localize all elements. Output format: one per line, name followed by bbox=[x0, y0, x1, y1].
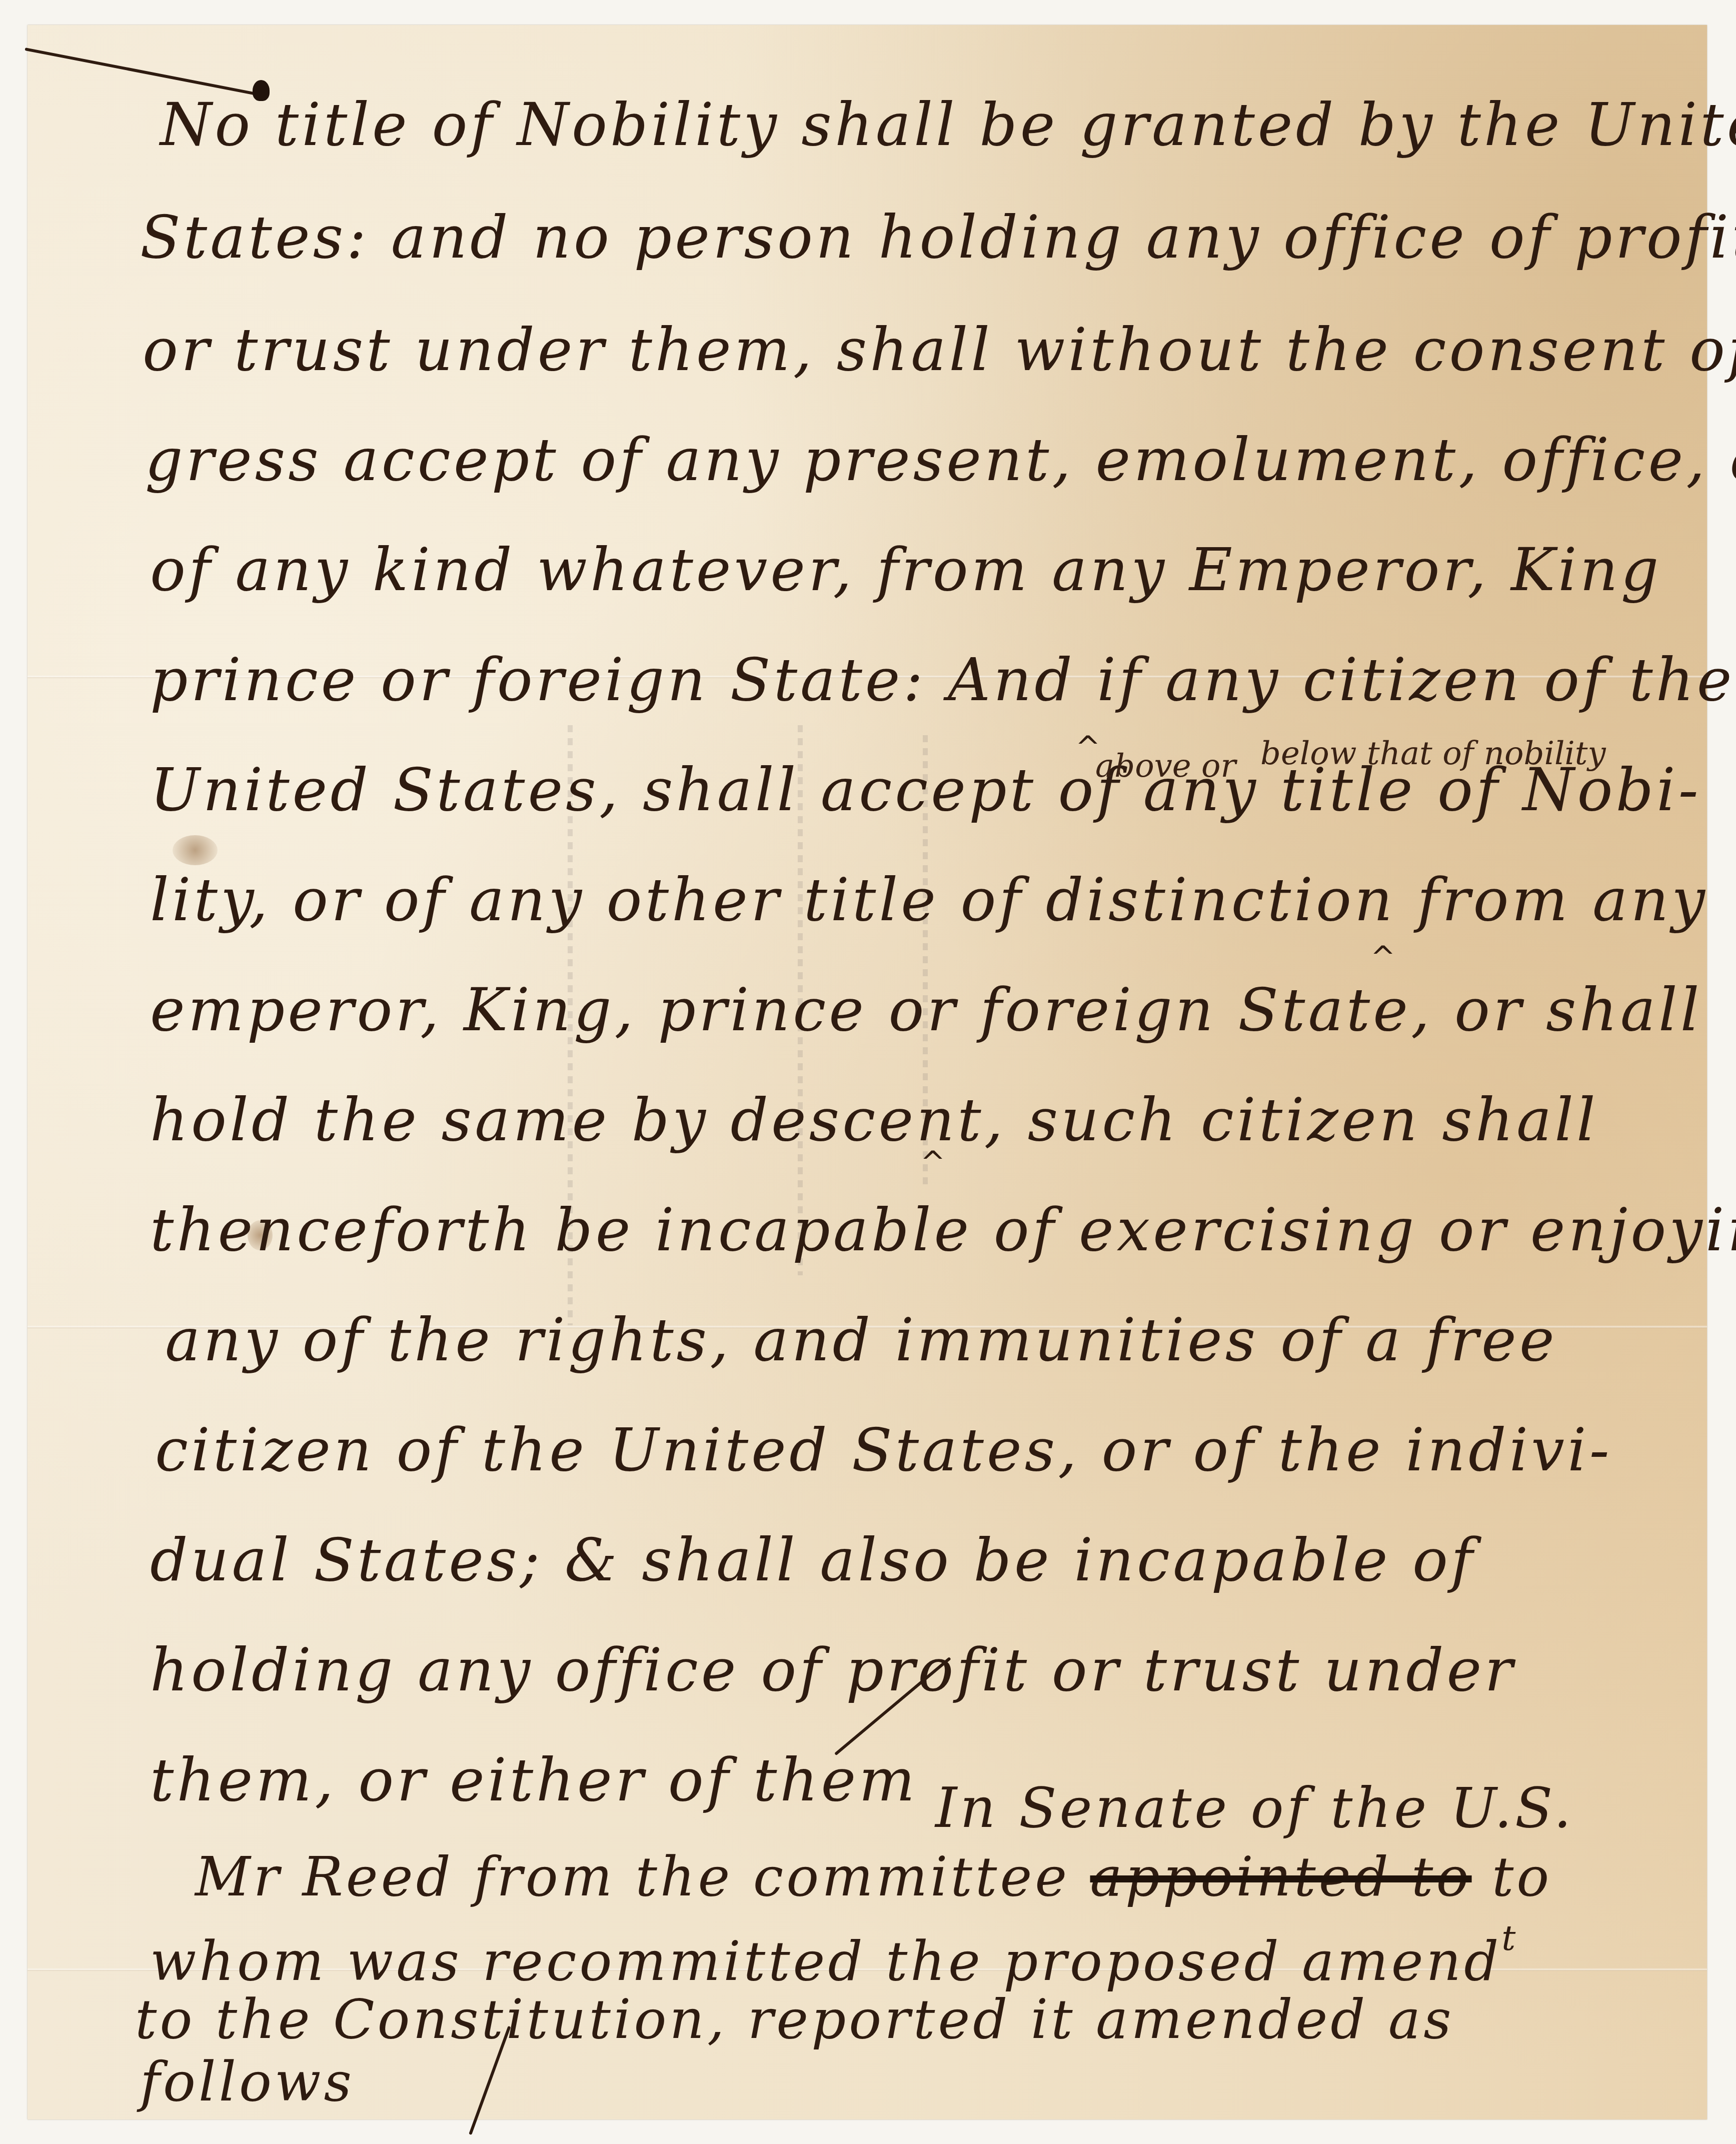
body-line: lity, or of any other title of distincti… bbox=[150, 870, 1708, 929]
body-line: gress accept of any present, emolument, … bbox=[145, 430, 1736, 489]
report-text: Mr Reed from the committee bbox=[195, 1846, 1070, 1908]
insertion-above-or: above or bbox=[1095, 748, 1236, 785]
report-line: Mr Reed from the committee appointed to … bbox=[195, 1850, 1552, 1904]
body-line: thenceforth be incapable of exercising o… bbox=[150, 1200, 1736, 1259]
body-line: No title of Nobility shall be granted by… bbox=[160, 95, 1736, 154]
report-line: follows bbox=[140, 2055, 355, 2109]
body-line: or trust under them, shall without the c… bbox=[143, 320, 1736, 379]
body-line: them, or either of them bbox=[150, 1750, 918, 1809]
body-line: holding any office of profit or trust un… bbox=[150, 1640, 1516, 1699]
insertion-below-that-of-nobility: below that of nobility bbox=[1260, 735, 1606, 772]
body-line: dual States; & shall also be incapable o… bbox=[150, 1530, 1476, 1589]
body-line: States: and no person holding any office… bbox=[140, 208, 1736, 267]
superscript-text: t bbox=[1501, 1917, 1518, 1958]
body-line: prince or foreign State: And if any citi… bbox=[150, 650, 1735, 709]
body-line: emperor, King, prince or foreign State, … bbox=[150, 980, 1702, 1039]
pointer-arrow-icon bbox=[25, 48, 256, 96]
report-text: to bbox=[1492, 1846, 1552, 1908]
body-line: any of the rights, and immunities of a f… bbox=[165, 1310, 1557, 1369]
insertion-caret: ^ bbox=[1370, 940, 1395, 975]
report-line: whom was recommitted the proposed amendt bbox=[150, 1920, 1518, 1989]
report-line: to the Constitution, reported it amended… bbox=[135, 1993, 1454, 2047]
senate-heading: In Senate of the U.S. bbox=[935, 1780, 1574, 1835]
struck-text: appointed to bbox=[1090, 1846, 1472, 1908]
report-text: whom was recommitted the proposed amend bbox=[150, 1930, 1501, 1993]
body-line: citizen of the United States, or of the … bbox=[155, 1420, 1612, 1479]
body-line: of any kind whatever, from any Emperor, … bbox=[150, 540, 1661, 599]
insertion-caret: ^ bbox=[920, 1145, 945, 1180]
ink-stain bbox=[173, 835, 218, 865]
body-line: hold the same by descent, such citizen s… bbox=[150, 1090, 1598, 1149]
